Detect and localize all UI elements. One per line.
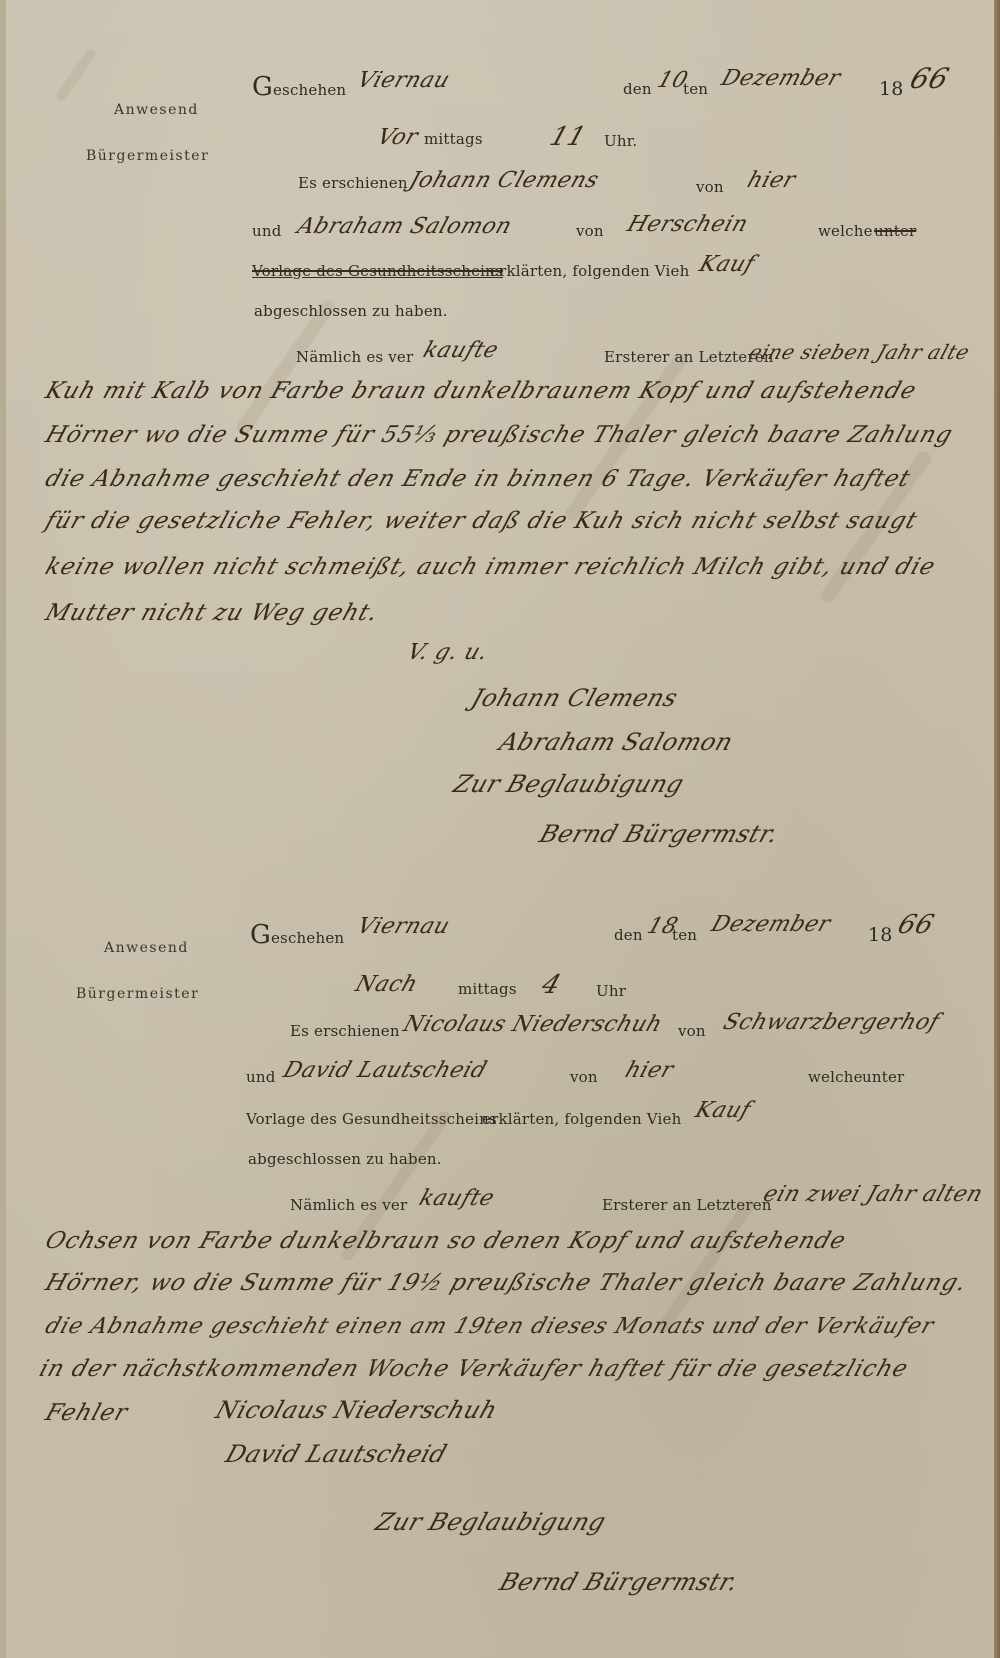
- unter-label: unter: [862, 1068, 904, 1086]
- entry1-hour: 11: [546, 122, 590, 152]
- year-prefix: 18: [868, 924, 893, 946]
- und-label: und: [252, 222, 282, 240]
- entry2-month: Dezember: [708, 912, 834, 937]
- entry2-body-line: die Abnahme geschieht einen am 19ten die…: [42, 1314, 938, 1339]
- entry2-body-line: Ochsen von Farbe dunkelbraun so denen Ko…: [42, 1228, 850, 1254]
- von-label: von: [570, 1068, 598, 1086]
- ten-label: ten: [672, 926, 697, 944]
- den-label: den: [614, 926, 643, 944]
- entry2-body-line: Hörner, wo die Summe für 19½ preußische …: [42, 1270, 970, 1296]
- entry2-trade-type: Kauf: [692, 1098, 754, 1123]
- entry1-signature-party1: Johann Clemens: [468, 684, 681, 712]
- entry1-beglaubigung: Zur Beglaubigung: [450, 770, 688, 798]
- entry1-time-prefix: Vor: [374, 125, 421, 150]
- entry2-party2-name: David Lautscheid: [280, 1058, 490, 1083]
- entry2-place: Viernau: [354, 914, 453, 939]
- entry1-body-line: Mutter nicht zu Weg geht.: [42, 600, 382, 626]
- entry1-party2-from: Herschein: [624, 212, 751, 237]
- entry2-year-suffix: 66: [894, 910, 938, 940]
- year-prefix: 18: [879, 78, 904, 100]
- uhr-label: Uhr: [596, 982, 626, 1000]
- buergermeister-label: Bürgermeister: [76, 986, 199, 1002]
- entry1-year-suffix: 66: [906, 62, 953, 95]
- abgeschlossen-label: abgeschlossen zu haben.: [254, 302, 448, 320]
- mittags-label: mittags: [424, 130, 483, 148]
- entry1-trade-type: Kauf: [696, 252, 758, 277]
- den-label: den: [623, 80, 652, 98]
- entry2-party1-from: Schwarzbergerhof: [720, 1010, 943, 1035]
- entry1-body-line: Hörner wo die Summe für 55⅓ preußische T…: [42, 422, 956, 448]
- naemlich-label: Nämlich es ver: [296, 348, 413, 366]
- entry2-signature-party2: David Lautscheid: [222, 1440, 451, 1468]
- ersterer-label: Ersterer an Letzteren: [602, 1196, 772, 1214]
- entry2-body-line: in der nächstkommenden Woche Verkäufer h…: [36, 1356, 912, 1382]
- entry1-signature-party2: Abraham Salomon: [496, 728, 737, 756]
- entry1-body-line: für die gesetzliche Fehler, weiter daß d…: [42, 508, 921, 534]
- ten-label: ten: [683, 80, 708, 98]
- erklaerten-label: erklärten, folgenden Vieh: [482, 1110, 681, 1128]
- unter-label-struck: unter: [874, 222, 916, 240]
- entry1-body-line: keine wollen nicht schmeißt, auch immer …: [42, 554, 939, 580]
- entry2-party1-name: Nicolaus Niederschuh: [400, 1012, 666, 1037]
- page-edge: [994, 0, 1000, 1658]
- es-erschienen-label: Es erschienen: [298, 174, 408, 192]
- vorlage-text: Vorlage des Gesundheitsscheins: [252, 262, 503, 280]
- abgeschlossen-label: abgeschlossen zu haben.: [248, 1150, 442, 1168]
- entry2-body-line: Fehler: [42, 1400, 132, 1426]
- entry1-vgu: V. g. u.: [404, 640, 491, 665]
- vorlage-label: Vorlage des Gesundheitsscheins: [246, 1110, 497, 1128]
- geschehen-label: Geschehen: [252, 72, 346, 102]
- uhr-label: Uhr.: [604, 132, 637, 150]
- anwesend-label: Anwesend: [114, 102, 199, 118]
- naemlich-label: Nämlich es ver: [290, 1196, 407, 1214]
- entry1-body-line: die Abnahme geschieht den Ende in binnen…: [42, 466, 914, 492]
- welche-label: welche: [808, 1068, 863, 1086]
- geschehen-label: Geschehen: [250, 920, 344, 950]
- von-label: von: [696, 178, 724, 196]
- es-erschienen-label: Es erschienen: [290, 1022, 400, 1040]
- bleed-mark: [55, 48, 98, 103]
- entry2-signature-party1: Nicolaus Niederschuh: [212, 1396, 501, 1424]
- von-label: von: [576, 222, 604, 240]
- entry1-body-line: Kuh mit Kalb von Farbe braun dunkelbraun…: [42, 378, 920, 404]
- buergermeister-label: Bürgermeister: [86, 148, 209, 164]
- und-label: und: [246, 1068, 276, 1086]
- entry2-time-prefix: Nach: [352, 972, 421, 997]
- entry2-body-line: ein zwei Jahr alten: [760, 1182, 986, 1207]
- entry1-place: Viernau: [354, 68, 453, 93]
- entry1-party1-name: Johann Clemens: [406, 168, 602, 193]
- mittags-label: mittags: [458, 980, 517, 998]
- von-label: von: [678, 1022, 706, 1040]
- entry1-verb: kaufte: [420, 338, 502, 363]
- entry1-signature-mayor: Bernd Bürgermstr.: [536, 820, 782, 848]
- entry2-hour: 4: [538, 970, 565, 1000]
- entry2-verb: kaufte: [416, 1186, 498, 1211]
- entry2-signature-mayor: Bernd Bürgermstr.: [496, 1568, 742, 1596]
- erklaerten-label: erklärten, folgenden Vieh: [490, 262, 689, 280]
- document-page: Anwesend Bürgermeister Geschehen Viernau…: [0, 0, 994, 1658]
- entry2-beglaubigung: Zur Beglaubigung: [372, 1508, 610, 1536]
- vorlage-label: Vorlage des Gesundheitsscheins: [252, 262, 503, 280]
- entry1-month: Dezember: [718, 66, 844, 91]
- anwesend-label: Anwesend: [104, 940, 189, 956]
- welche-label: welche: [818, 222, 873, 240]
- entry1-party1-from: hier: [744, 168, 799, 193]
- entry1-party2-name: Abraham Salomon: [294, 214, 515, 239]
- entry1-body-line: eine sieben Jahr alte: [746, 340, 973, 364]
- entry2-party2-from: hier: [622, 1058, 677, 1083]
